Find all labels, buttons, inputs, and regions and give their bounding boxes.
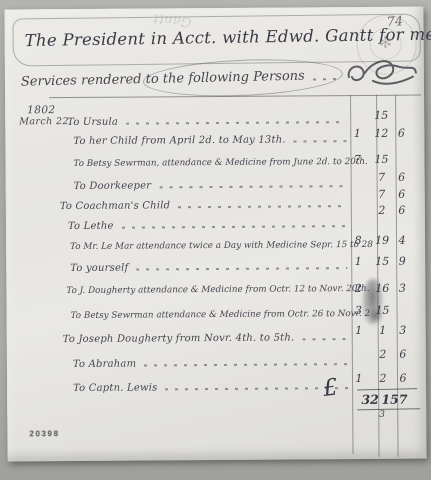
pounds-value: 8 bbox=[347, 234, 369, 247]
row-values: 15 bbox=[5, 109, 424, 128]
pence-value: 6 bbox=[394, 372, 412, 385]
pounds-value: 1 bbox=[348, 372, 370, 385]
pence-value: 6 bbox=[393, 171, 411, 184]
pence-value: 6 bbox=[393, 204, 411, 217]
pounds-value: 7 bbox=[346, 153, 368, 166]
row-values: 7 15 bbox=[5, 153, 424, 172]
shillings-value: 7 bbox=[371, 171, 393, 184]
total-pounds: 32 bbox=[359, 392, 381, 407]
row-values: 1 2 6 bbox=[7, 372, 426, 391]
shillings-value: 15 bbox=[370, 153, 392, 166]
manuscript-page: Gantt 74 ✻ The President in Acct. with E… bbox=[4, 7, 426, 462]
dotted-leader bbox=[313, 78, 337, 81]
shillings-value: 7 bbox=[371, 188, 393, 201]
total-rule-top bbox=[357, 388, 417, 391]
row-values: 7 6 bbox=[6, 171, 425, 190]
pounds-value: 1 bbox=[346, 127, 368, 140]
dotted-leader bbox=[122, 225, 347, 229]
pence-value: 6 bbox=[392, 127, 410, 140]
pounds-value: 1 bbox=[347, 255, 369, 268]
pence-value: 6 bbox=[394, 348, 412, 361]
total-pence: 7 bbox=[394, 392, 412, 407]
row-values: 1 15 9 bbox=[6, 255, 425, 274]
carry-mark: 3 bbox=[373, 410, 391, 420]
shillings-value: 2 bbox=[371, 204, 393, 217]
pence-value: 4 bbox=[393, 234, 411, 247]
shillings-value: 2 bbox=[372, 372, 394, 385]
shillings-value: 2 bbox=[372, 348, 394, 361]
total-values: 32 15 7 bbox=[7, 392, 426, 411]
row-values: 2 6 bbox=[6, 204, 425, 223]
shillings-value: 1 bbox=[372, 324, 394, 337]
entry-label: To Lethe bbox=[68, 221, 114, 232]
pence-value: 3 bbox=[394, 324, 412, 337]
pounds-value: 1 bbox=[348, 324, 370, 337]
archive-number-stamp: 20398 bbox=[29, 429, 59, 438]
ink-blot bbox=[369, 307, 383, 325]
shillings-value: 12 bbox=[370, 127, 392, 140]
header-rule bbox=[49, 95, 421, 99]
row-values: 1 12 6 bbox=[5, 127, 424, 146]
pence-value: 3 bbox=[393, 282, 411, 295]
pence-value: 9 bbox=[393, 255, 411, 268]
shillings-value: 15 bbox=[371, 255, 393, 268]
pence-value: 6 bbox=[393, 188, 411, 201]
shillings-value: 19 bbox=[371, 234, 393, 247]
row-values: 8 19 4 bbox=[6, 234, 425, 253]
row-values: 1 1 3 bbox=[7, 324, 426, 343]
shillings-value: 15 bbox=[370, 109, 392, 122]
row-values: 2 6 bbox=[7, 348, 426, 367]
